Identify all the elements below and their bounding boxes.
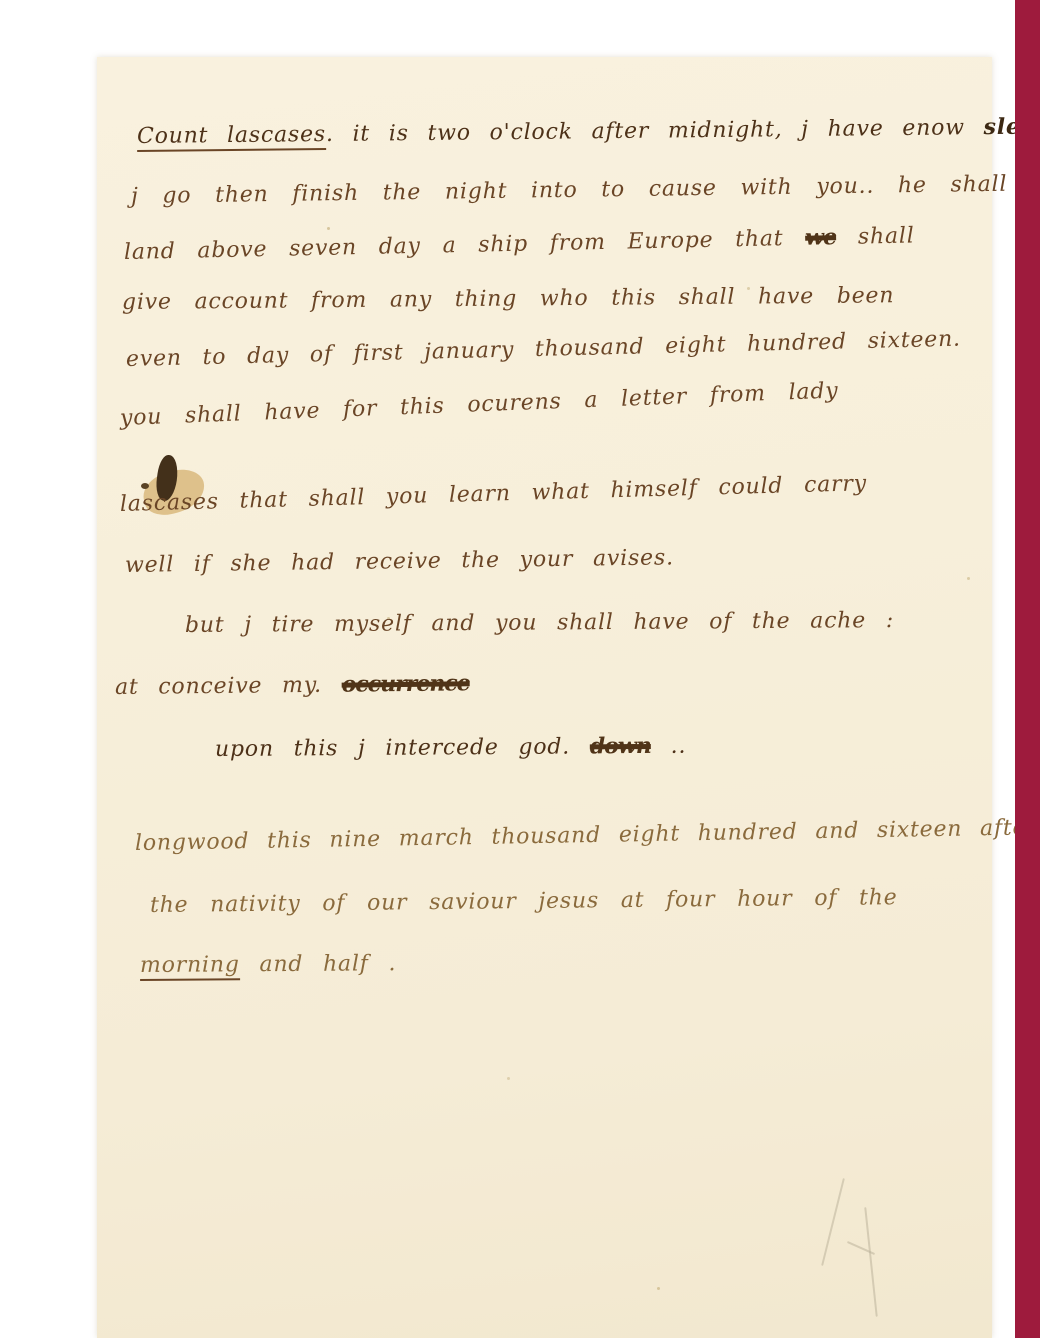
letter-line: you shall have for this ocurens a letter…	[120, 378, 839, 431]
struck-word: down	[590, 733, 651, 759]
underlined-salutation: Count lascases	[137, 122, 326, 152]
letter-line-text: . it is two o'clock after midnight, j ha…	[326, 115, 984, 147]
letter-line: but j tire myself and you shall have of …	[185, 608, 894, 638]
letter-line-text: land above seven day a ship from Europe …	[124, 226, 806, 265]
letter-line: at conceive my. occurrence	[115, 670, 470, 700]
letter-line: land above seven day a ship from Europe …	[124, 222, 915, 265]
letter-line: even to day of first january thousand ei…	[126, 327, 961, 372]
letter-dateline: morning and half .	[140, 951, 396, 978]
letter-line-text: and half .	[240, 951, 397, 977]
letter-line-text: lascases that shall you learn what himse…	[120, 471, 868, 517]
letter-paper-sheet: Count lascases. it is two o'clock after …	[97, 57, 992, 1338]
letter-dateline: the nativity of our saviour jesus at fou…	[150, 885, 898, 918]
letter-line-text: even to day of first january thousand ei…	[126, 327, 961, 372]
paper-speckles	[327, 227, 330, 230]
letter-line: j go then finish the night into to cause…	[131, 172, 1008, 209]
pencil-stroke	[821, 1178, 845, 1266]
letter-line-text: but j tire myself and you shall have of …	[185, 608, 894, 638]
letter-line-text: longwood this nine march thousand eight …	[135, 815, 1038, 856]
pencil-stroke	[864, 1207, 877, 1317]
struck-word: occurrence	[342, 670, 470, 697]
scanned-letter-page: Count lascases. it is two o'clock after …	[0, 0, 1040, 1338]
pencil-stroke	[847, 1241, 875, 1255]
letter-line-text: ..	[651, 734, 687, 759]
letter-line: lascases that shall you learn what himse…	[120, 471, 868, 517]
letter-line: give account from any thing who this sha…	[122, 283, 895, 315]
letter-line: well if she had receive the your avises.	[125, 545, 674, 578]
binding-accent-bar	[1015, 0, 1040, 1338]
letter-dateline: longwood this nine march thousand eight …	[135, 815, 1038, 856]
letter-line-text: shall	[836, 223, 915, 250]
letter-line-text: at conceive my.	[115, 673, 342, 700]
letter-line-text: the nativity of our saviour jesus at fou…	[150, 885, 898, 918]
ink-blot-dot	[141, 483, 149, 489]
letter-line-text: give account from any thing who this sha…	[122, 283, 895, 315]
letter-line-text: j go then finish the night into to cause…	[131, 172, 1008, 209]
letter-line: upon this j intercede god. down ..	[215, 733, 686, 762]
struck-word: we	[805, 224, 836, 251]
underlined-word: morning	[140, 952, 240, 981]
letter-line-text: you shall have for this ocurens a letter…	[120, 378, 839, 431]
letter-line-text: upon this j intercede god.	[215, 734, 590, 762]
pencil-smudge	[832, 1177, 892, 1337]
letter-line-text: well if she had receive the your avises.	[125, 545, 674, 578]
letter-line: Count lascases. it is two o'clock after …	[137, 113, 1040, 149]
